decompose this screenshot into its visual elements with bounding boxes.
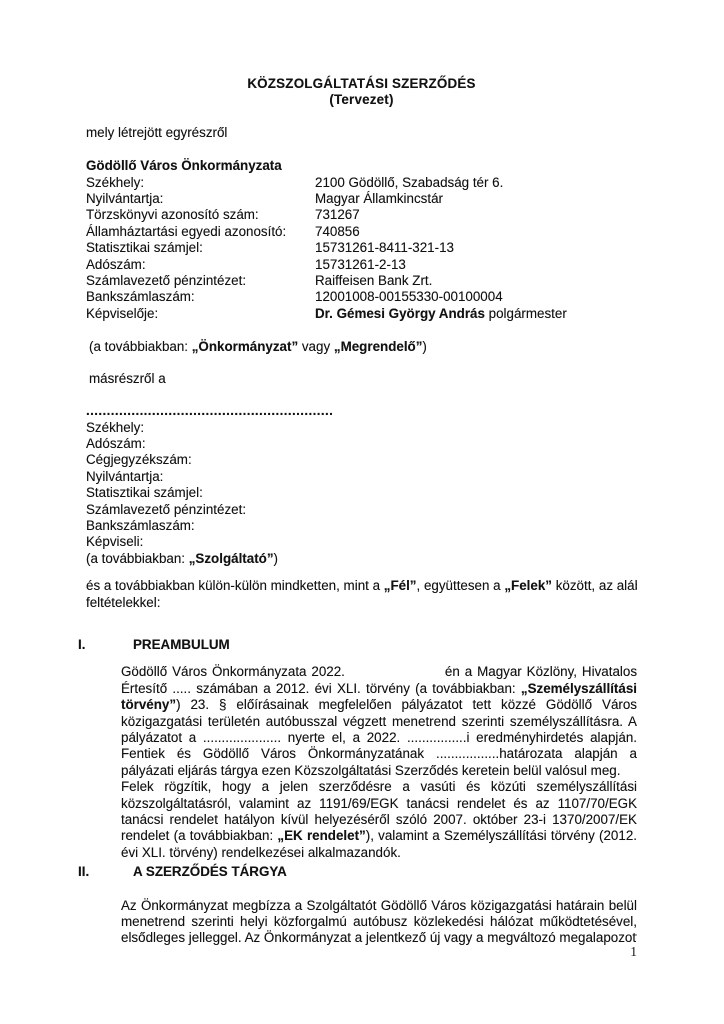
document-page: KÖZSZOLGÁLTATÁSI SZERZŐDÉS (Tervezet) me… bbox=[0, 0, 724, 1024]
detail-row: Számlavezető pénzintézet: bbox=[86, 502, 637, 518]
party2-name-placeholder: ........................................… bbox=[86, 403, 637, 419]
detail-label: Adószám: bbox=[86, 436, 315, 452]
party1-name: Gödöllő Város Önkormányzata bbox=[86, 158, 637, 174]
detail-label: Adószám: bbox=[86, 257, 315, 273]
party2-details: Székhely: Adószám: Cégjegyzékszám: Nyilv… bbox=[86, 420, 637, 551]
party2-alias: (a továbbiakban: „Szolgáltató”) bbox=[86, 551, 637, 567]
intro-line: mely létrejött egyrészről bbox=[86, 125, 637, 141]
paragraph-line: közigazgatási területén autóbusszal végz… bbox=[121, 714, 637, 730]
document-title: KÖZSZOLGÁLTATÁSI SZERZŐDÉS bbox=[86, 76, 637, 92]
paragraph-line: törvény”) 23. § előírásainak megfelelően… bbox=[121, 697, 637, 713]
paragraph-line: Felek rögzítik, hogy a jelen szerződésre… bbox=[121, 779, 637, 795]
paragraph-line: Az Önkormányzat megbízza a Szolgáltatót … bbox=[121, 898, 637, 914]
section-heading: PREAMBULUM bbox=[133, 637, 230, 653]
detail-label: Bankszámlaszám: bbox=[86, 518, 315, 534]
section-preambulum: I. PREAMBULUM Gödöllő Város Önkormányzat… bbox=[86, 637, 637, 861]
section-paragraph: Az Önkormányzat megbízza a Szolgáltatót … bbox=[121, 898, 637, 947]
detail-label: Képviselője: bbox=[86, 306, 315, 322]
document-content: KÖZSZOLGÁLTATÁSI SZERZŐDÉS (Tervezet) me… bbox=[86, 76, 637, 947]
detail-label: Államháztartási egyedi azonosító: bbox=[86, 224, 315, 240]
detail-row: Székhely: bbox=[86, 420, 637, 436]
paragraph-line: közszolgáltatásról, valamint az 1191/69/… bbox=[121, 796, 637, 812]
section-header-row: I. PREAMBULUM bbox=[86, 637, 637, 653]
detail-value: 15731261-2-13 bbox=[315, 257, 406, 273]
detail-value: Dr. Gémesi György András polgármester bbox=[315, 306, 567, 322]
detail-label: Számlavezető pénzintézet: bbox=[86, 502, 315, 518]
detail-label: Székhely: bbox=[86, 420, 315, 436]
detail-label: Székhely: bbox=[86, 175, 315, 191]
detail-label: Cégjegyzékszám: bbox=[86, 452, 315, 468]
detail-row: Képviseli: bbox=[86, 534, 637, 550]
clause-line: és a továbbiakban külön-külön mindketten… bbox=[86, 578, 637, 594]
detail-row: Bankszámlaszám: bbox=[86, 518, 637, 534]
paragraph-line: elsődleges jelleggel. Az Önkormányzat a … bbox=[121, 930, 637, 946]
detail-value: 15731261-8411-321-13 bbox=[315, 240, 454, 256]
detail-row: Statisztikai számjel: 15731261-8411-321-… bbox=[86, 240, 637, 256]
section-number: I. bbox=[78, 637, 133, 653]
section-heading: A SZERZŐDÉS TÁRGYA bbox=[133, 864, 287, 880]
connector-line: másrészről a bbox=[86, 371, 637, 387]
paragraph-line: tanácsi rendelet hatályon kívül helyezés… bbox=[121, 812, 637, 828]
paragraph-line: Értesítő ..... számában a 2012. évi XLI.… bbox=[121, 681, 637, 697]
section-paragraph: Gödöllő Város Önkormányzata 2022.én a Ma… bbox=[121, 664, 637, 861]
paragraph-line: rendelet (a továbbiakban: „EK rendelet”)… bbox=[121, 828, 637, 844]
paragraph-line: pályázati eljárás tárgya ezen Közszolgál… bbox=[121, 763, 637, 779]
detail-row: Adószám: 15731261-2-13 bbox=[86, 257, 637, 273]
section-number: II. bbox=[78, 864, 133, 880]
detail-row: Államháztartási egyedi azonosító: 740856 bbox=[86, 224, 637, 240]
page-number: 1 bbox=[630, 944, 637, 960]
paragraph-line: menetrend szerinti helyi közforgalmú aut… bbox=[121, 914, 637, 930]
paragraph-line: évi XLI. törvény) rendelkezései alkalmaz… bbox=[121, 845, 637, 861]
detail-row: Nyilvántartja: bbox=[86, 469, 637, 485]
section-targya: II. A SZERZŐDÉS TÁRGYA Az Önkormányzat m… bbox=[86, 864, 637, 947]
party1-details: Székhely: 2100 Gödöllő, Szabadság tér 6.… bbox=[86, 175, 637, 323]
paragraph-line: Fentiek és Gödöllő Város Önkormányzatána… bbox=[121, 746, 637, 762]
detail-label: Bankszámlaszám: bbox=[86, 289, 315, 305]
detail-row: Nyilvántartja: Magyar Államkincstár bbox=[86, 191, 637, 207]
detail-row: Székhely: 2100 Gödöllő, Szabadság tér 6. bbox=[86, 175, 637, 191]
detail-value: 2100 Gödöllő, Szabadság tér 6. bbox=[315, 175, 503, 191]
detail-label: Statisztikai számjel: bbox=[86, 240, 315, 256]
detail-row: Törzskönyvi azonosító szám: 731267 bbox=[86, 207, 637, 223]
parties-clause: és a továbbiakban külön-külön mindketten… bbox=[86, 578, 637, 611]
paragraph-line: pályázatot a ..................... nyert… bbox=[121, 730, 637, 746]
detail-value: Magyar Államkincstár bbox=[315, 191, 443, 207]
detail-row: Adószám: bbox=[86, 436, 637, 452]
detail-row: Bankszámlaszám: 12001008-00155330-001000… bbox=[86, 289, 637, 305]
section-header-row: II. A SZERZŐDÉS TÁRGYA bbox=[86, 864, 637, 880]
document-subtitle: (Tervezet) bbox=[86, 92, 637, 108]
detail-value: 12001008-00155330-00100004 bbox=[315, 289, 503, 305]
detail-row: Számlavezető pénzintézet: Raiffeisen Ban… bbox=[86, 273, 637, 289]
detail-value: Raiffeisen Bank Zrt. bbox=[315, 273, 432, 289]
detail-label: Törzskönyvi azonosító szám: bbox=[86, 207, 315, 223]
detail-label: Statisztikai számjel: bbox=[86, 485, 315, 501]
detail-value: 740856 bbox=[315, 224, 360, 240]
detail-row: Statisztikai számjel: bbox=[86, 485, 637, 501]
detail-label: Számlavezető pénzintézet: bbox=[86, 273, 315, 289]
paragraph-line: Gödöllő Város Önkormányzata 2022.én a Ma… bbox=[121, 664, 637, 680]
detail-row: Képviselője: Dr. Gémesi György András po… bbox=[86, 306, 637, 322]
detail-value: 731267 bbox=[315, 207, 360, 223]
clause-line: feltételekkel: bbox=[86, 595, 637, 611]
detail-label: Nyilvántartja: bbox=[86, 191, 315, 207]
detail-row: Cégjegyzékszám: bbox=[86, 452, 637, 468]
party1-alias: (a továbbiakban: „Önkormányzat” vagy „Me… bbox=[86, 339, 637, 355]
detail-label: Képviseli: bbox=[86, 534, 315, 550]
detail-label: Nyilvántartja: bbox=[86, 469, 315, 485]
